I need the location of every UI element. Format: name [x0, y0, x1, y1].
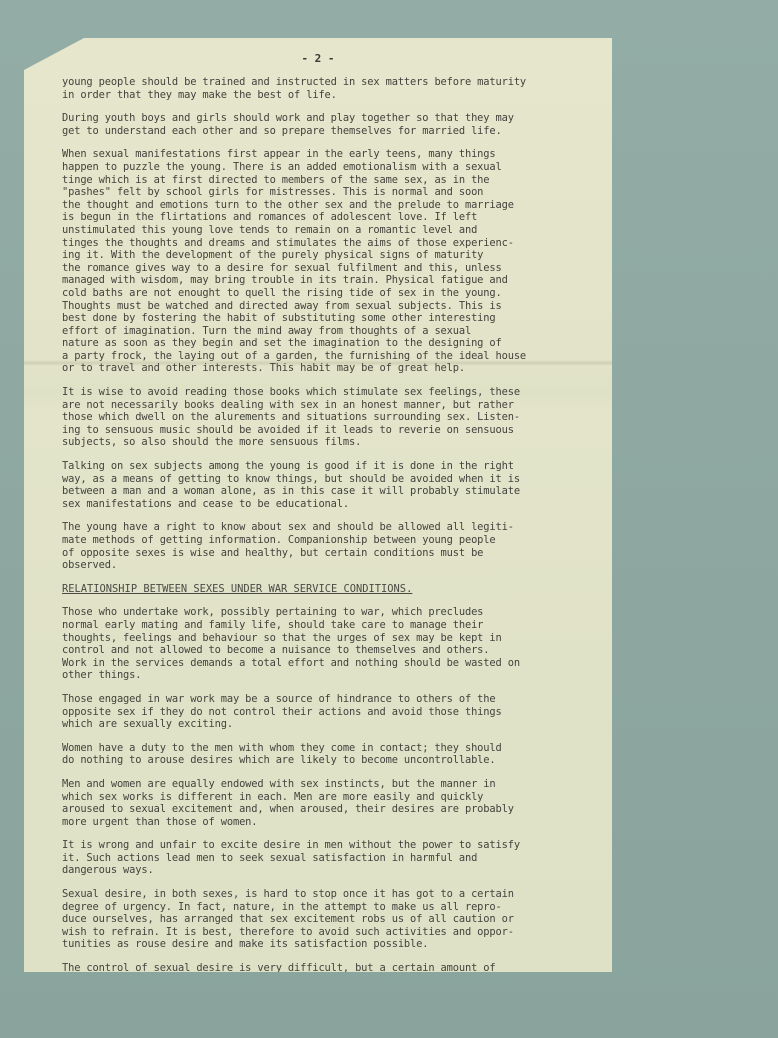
paragraph-women-duty: Women have a duty to the men with whom t…	[62, 742, 610, 767]
paragraph-early-teens-manifestations: When sexual manifestations first appear …	[62, 148, 610, 375]
paragraph-sex-education-before-maturity: young people should be trained and instr…	[62, 76, 610, 101]
paragraph-men-and-women-instincts: Men and women are equally endowed with s…	[62, 778, 610, 828]
paragraph-right-to-know: The young have a right to know about sex…	[62, 521, 610, 571]
section-heading: RELATIONSHIP BETWEEN SEXES UNDER WAR SER…	[62, 583, 610, 596]
page-number: - 2 -	[24, 52, 612, 65]
paragraph-talking-on-sex-subjects: Talking on sex subjects among the young …	[62, 460, 610, 510]
paragraph-desire-hard-to-stop: Sexual desire, in both sexes, is hard to…	[62, 888, 610, 951]
typewritten-page: - 2 - young people should be trained and…	[24, 38, 612, 972]
paragraph-war-work-precludes-mating: Those who undertake work, possibly perta…	[62, 606, 610, 682]
paragraph-wrong-to-excite-desire: It is wrong and unfair to excite desire …	[62, 839, 610, 877]
page-body: young people should be trained and instr…	[62, 76, 610, 998]
paragraph-avoid-stimulating-books: It is wise to avoid reading those books …	[62, 386, 610, 449]
paragraph-youth-work-and-play: During youth boys and girls should work …	[62, 112, 610, 137]
paragraph-war-work-hindrance: Those engaged in war work may be a sourc…	[62, 693, 610, 731]
